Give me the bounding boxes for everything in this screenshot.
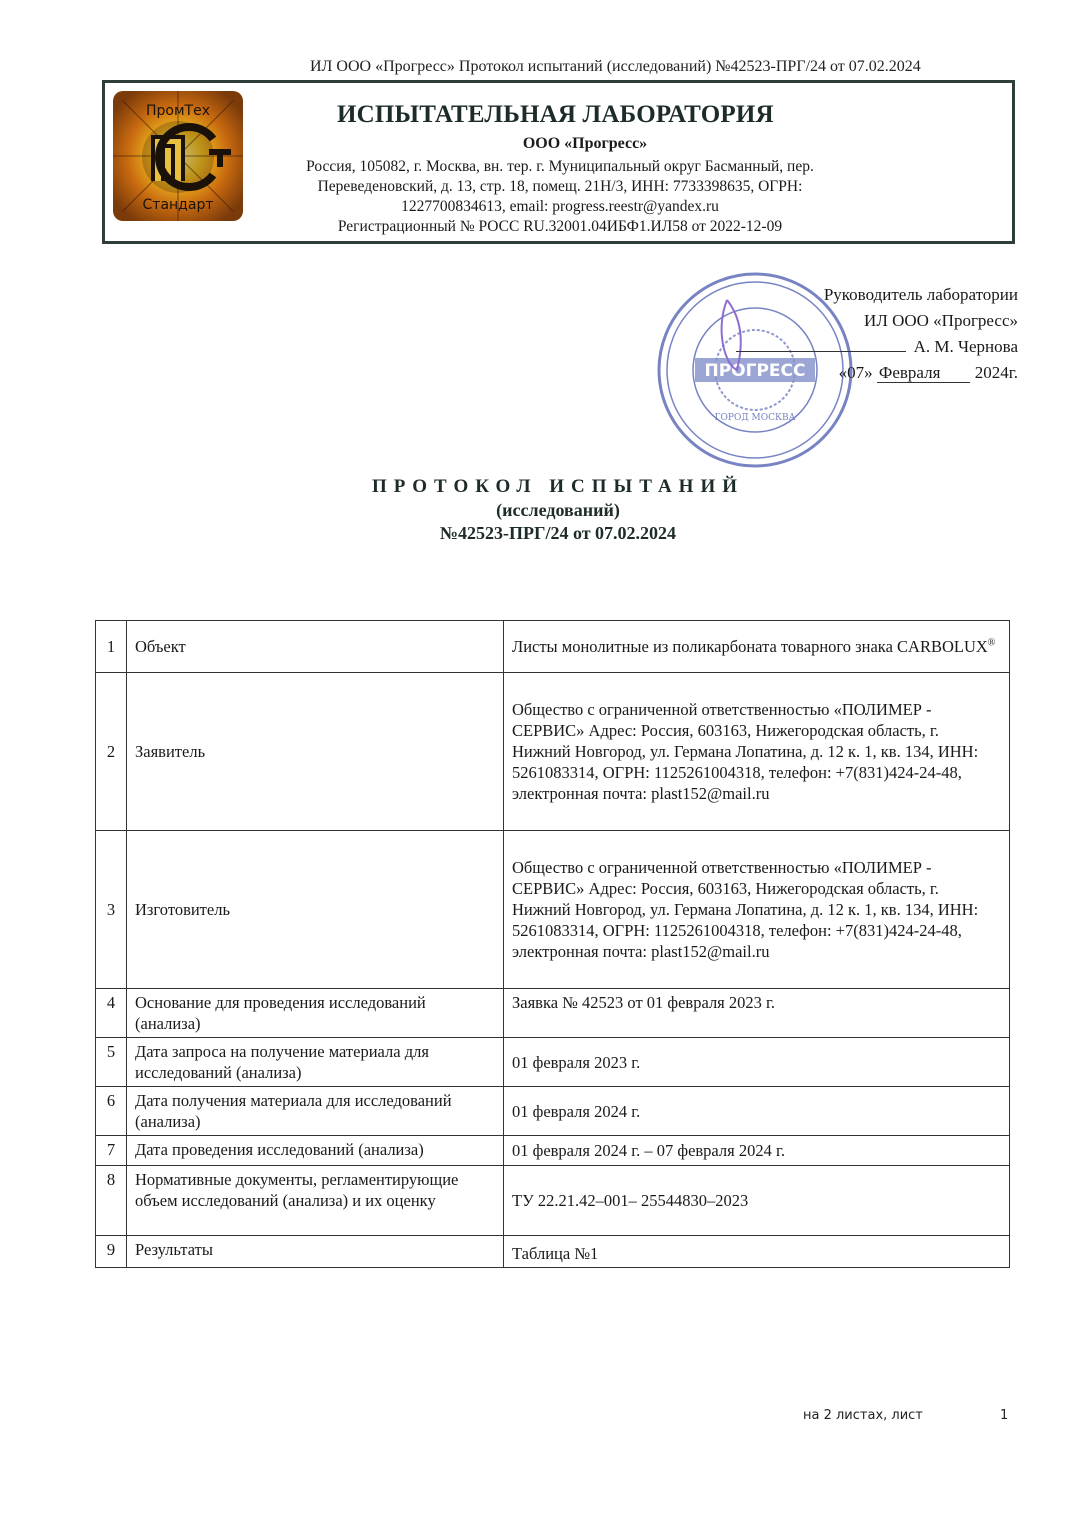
approval-day: «07»	[839, 363, 873, 382]
table-row: 9 Результаты Таблица №1	[96, 1236, 1010, 1268]
row-number: 8	[96, 1166, 127, 1236]
running-header: ИЛ ООО «Прогресс» Протокол испытаний (ис…	[310, 58, 1020, 76]
row-number: 9	[96, 1236, 127, 1268]
promtech-standard-logo-icon: ПромТех Стандарт	[113, 91, 243, 221]
page-footer: на 2 листах, лист 1	[803, 1408, 923, 1423]
row-number: 7	[96, 1136, 127, 1166]
row-value: Общество с ограниченной ответственностью…	[504, 831, 1010, 989]
row-label: Дата получения материала для исследовани…	[127, 1087, 504, 1136]
row-value: Заявка № 42523 от 01 февраля 2023 г.	[504, 989, 1010, 1038]
row-label: Результаты	[127, 1236, 504, 1268]
approval-year: 2024г.	[975, 363, 1018, 382]
lab-company: ООО «Прогресс»	[205, 135, 965, 153]
document-title: ПРОТОКОЛ ИСПЫТАНИЙ (исследований) №42523…	[0, 476, 1080, 544]
approval-block: Руководитель лаборатории ИЛ ООО «Прогрес…	[736, 282, 1018, 386]
protocol-info-table: 1 Объект Листы монолитные из поликарбона…	[95, 620, 1010, 1268]
document-number: №42523-ПРГ/24 от 07.02.2024	[0, 523, 1080, 544]
row-value: Общество с ограниченной ответственностью…	[504, 673, 1010, 831]
row-value: Таблица №1	[504, 1236, 1010, 1268]
table-row: 6 Дата получения материала для исследова…	[96, 1087, 1010, 1136]
lab-title: ИСПЫТАТЕЛЬНАЯ ЛАБОРАТОРИЯ	[255, 101, 1080, 129]
row-label: Основание для проведения исследований (а…	[127, 989, 504, 1038]
signature-line	[736, 335, 906, 352]
document-title-main: ПРОТОКОЛ ИСПЫТАНИЙ	[0, 476, 1080, 498]
table-row: 2 Заявитель Общество с ограниченной отве…	[96, 673, 1010, 831]
table-row: 5 Дата запроса на получение материала дл…	[96, 1038, 1010, 1087]
row-label: Изготовитель	[127, 831, 504, 989]
row-value: 01 февраля 2023 г.	[504, 1038, 1010, 1087]
address-line: 1227700834613, email: progress.reestr@ya…	[255, 197, 865, 217]
table-row: 1 Объект Листы монолитные из поликарбона…	[96, 621, 1010, 673]
svg-text:ГОРОД МОСКВА: ГОРОД МОСКВА	[715, 413, 796, 423]
row-label: Нормативные документы, регламентирующие …	[127, 1166, 504, 1236]
table-row: 3 Изготовитель Общество с ограниченной о…	[96, 831, 1010, 989]
approver-organization: ИЛ ООО «Прогресс»	[736, 308, 1018, 334]
registration-line: Регистрационный № РОСС RU.32001.04ИБФ1.И…	[255, 217, 865, 237]
row-value: ТУ 22.21.42–001– 25544830–2023	[504, 1166, 1010, 1236]
row-number: 3	[96, 831, 127, 989]
table-row: 8 Нормативные документы, регламентирующи…	[96, 1166, 1010, 1236]
address-line: Переведеновский, д. 13, стр. 18, помещ. …	[255, 177, 865, 197]
row-label: Заявитель	[127, 673, 504, 831]
table-row: 4 Основание для проведения исследований …	[96, 989, 1010, 1038]
row-number: 2	[96, 673, 127, 831]
page-number: 1	[1000, 1408, 1008, 1423]
document-title-sub: (исследований)	[0, 500, 1080, 521]
row-label: Объект	[127, 621, 504, 673]
row-value: 01 февраля 2024 г.	[504, 1087, 1010, 1136]
lab-address: Россия, 105082, г. Москва, вн. тер. г. М…	[255, 157, 865, 237]
svg-text:ПромТех: ПромТех	[146, 103, 210, 119]
row-number: 1	[96, 621, 127, 673]
approver-signature-row: А. М. Чернова	[736, 334, 1018, 360]
row-value: 01 февраля 2024 г. – 07 февраля 2024 г.	[504, 1136, 1010, 1166]
row-label: Дата запроса на получение материала для …	[127, 1038, 504, 1087]
letterhead: ПромТех Стандарт ИСПЫТАТЕЛЬНАЯ ЛАБОРАТОР…	[102, 80, 1015, 244]
row-number: 4	[96, 989, 127, 1038]
row-number: 6	[96, 1087, 127, 1136]
row-number: 5	[96, 1038, 127, 1087]
address-line: Россия, 105082, г. Москва, вн. тер. г. М…	[255, 157, 865, 177]
approval-date: «07» Февраля 2024г.	[736, 360, 1018, 386]
sheets-count-text: на 2 листах, лист	[803, 1408, 923, 1423]
approver-name: А. М. Чернова	[914, 337, 1018, 356]
table-row: 7 Дата проведения исследований (анализа)…	[96, 1136, 1010, 1166]
approver-position: Руководитель лаборатории	[736, 282, 1018, 308]
row-value: Листы монолитные из поликарбоната товарн…	[504, 621, 1010, 673]
approval-month: Февраля	[877, 363, 971, 383]
svg-text:Стандарт: Стандарт	[143, 197, 214, 213]
row-label: Дата проведения исследований (анализа)	[127, 1136, 504, 1166]
